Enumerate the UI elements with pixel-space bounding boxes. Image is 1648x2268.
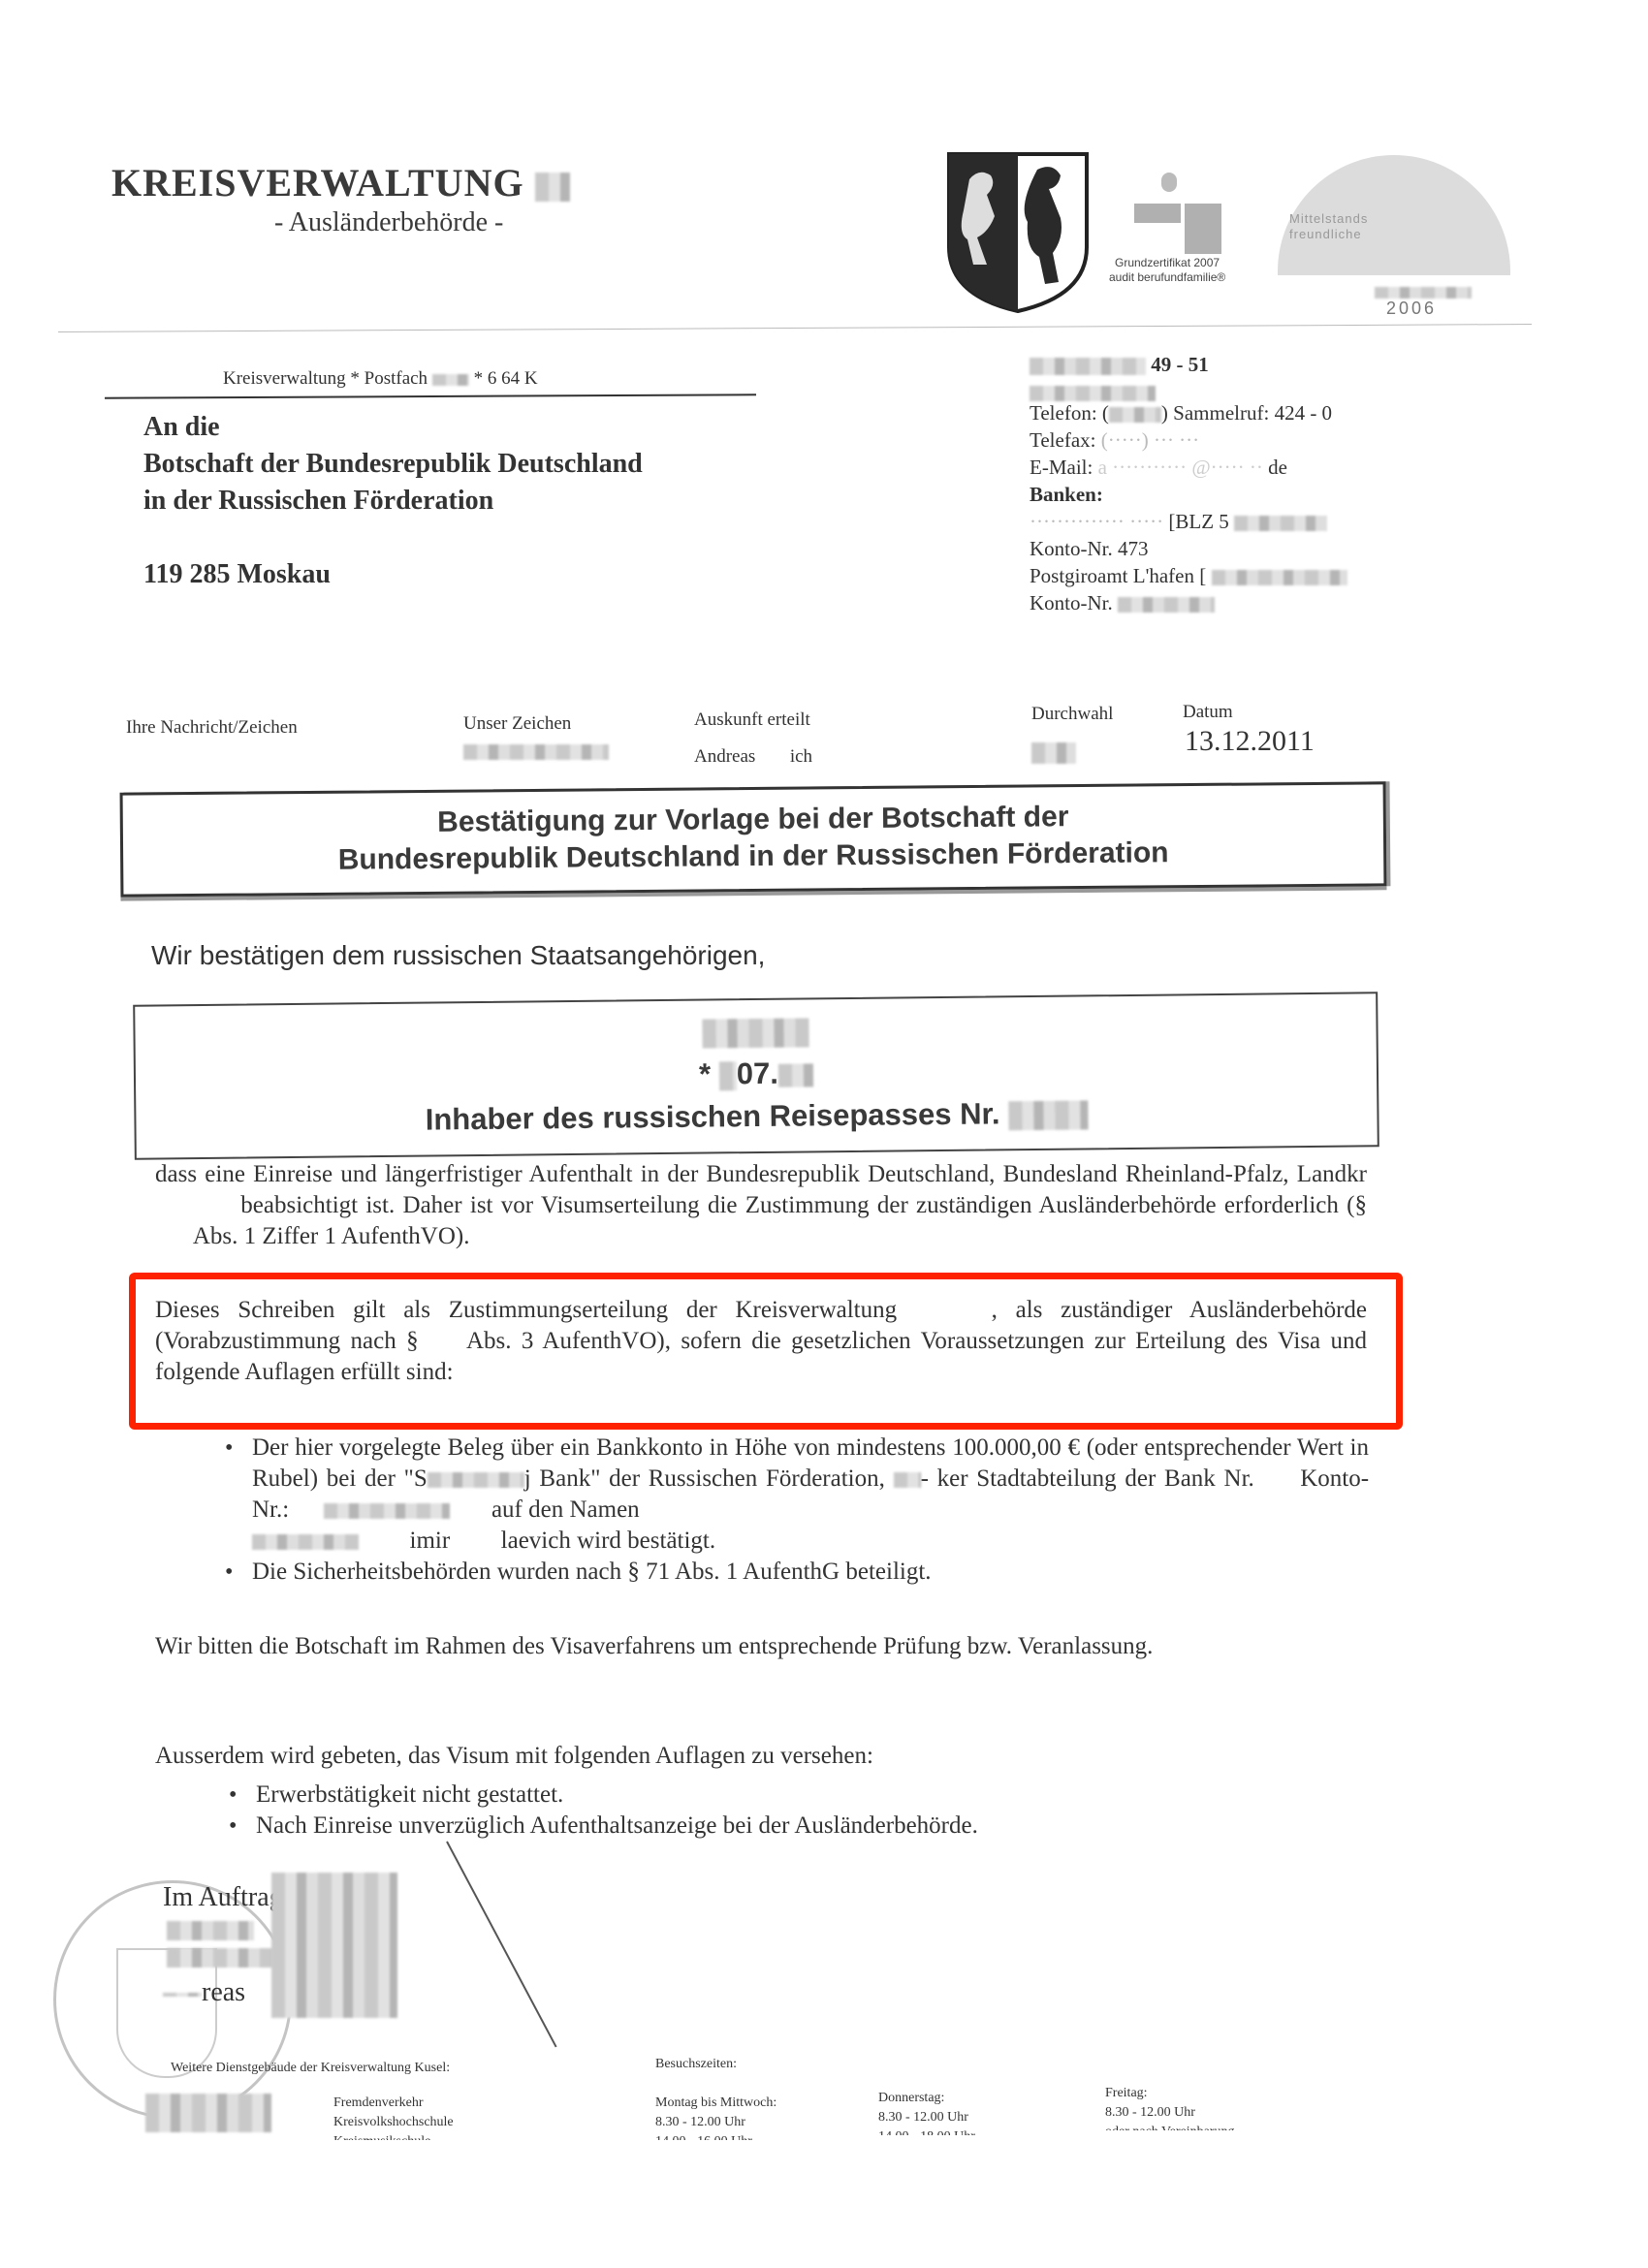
redacted-signature-block: [271, 1873, 397, 2018]
recipient-line3: in der Russischen Förderation: [143, 483, 643, 520]
ref-ihre-label: Ihre Nachricht/Zeichen: [126, 717, 298, 739]
redacted-person-name: [702, 1018, 808, 1048]
ref-durchwahl-label: Durchwahl: [1031, 704, 1113, 725]
redacted-dob-day: [719, 1061, 737, 1090]
redacted-unser-zeichen: [463, 744, 609, 760]
konto1-row: Konto-Nr. 473: [1030, 535, 1437, 562]
dob-month: 07.: [737, 1056, 778, 1090]
telefax-row: Telefax: (·····) ··· ···: [1030, 426, 1437, 454]
konto2-row: Konto-Nr.: [1030, 589, 1437, 616]
sender-line: Kreisverwaltung * Postfach * 6 64 K: [223, 368, 538, 390]
auflagen-list: Erwerbstätigkeit nicht gestattet. Nach E…: [229, 1780, 1295, 1842]
bank1-name-faded: ·············· ·····: [1030, 510, 1163, 533]
email-suffix: de: [1268, 456, 1287, 479]
mo-mi-hours2: 14.00 - 16.00 Uhr: [655, 2132, 776, 2140]
paragraph1-part3: Abs. 1 Ziffer 1 AufenthVO).: [193, 1223, 470, 1249]
mittelstand-logo: Mittelstands freundliche 2006: [1278, 145, 1530, 320]
ref-datum-label: Datum: [1183, 702, 1233, 723]
email-row: E-Mail: a ··········· @····· ·· de: [1030, 454, 1437, 481]
contact-block: 49 - 51 Telefon: () Sammelruf: 424 - 0 T…: [1030, 351, 1437, 616]
redacted-konto-nr: [324, 1503, 450, 1519]
redacted-footer-address: [145, 2094, 271, 2132]
redacted-city-part: [894, 1472, 921, 1488]
audit-berufundfamilie-logo: Grundzertifikat 2007 audit berufundfamil…: [1105, 155, 1241, 291]
signatory-name-fragment: reas: [202, 1977, 245, 2007]
recipient-address: An die Botschaft der Bundesrepublik Deut…: [143, 409, 643, 593]
banken-label: Banken:: [1030, 481, 1437, 508]
consent-part1: Dieses Schreiben gilt als Zustimmungsert…: [155, 1297, 897, 1323]
conditions-list: Der hier vorgelegte Beleg über ein Bankk…: [225, 1433, 1369, 1588]
confirmation-banner: Bestätigung zur Vorlage bei der Botschaf…: [120, 781, 1387, 897]
passport-label: Inhaber des russischen Reisepasses Nr.: [426, 1096, 1000, 1136]
condition1-e: auf den Namen: [491, 1496, 640, 1523]
condition-security-check: Die Sicherheitsbehörden wurden nach § 71…: [252, 1557, 1369, 1588]
redacted-postfach: [432, 374, 469, 386]
paragraph-request: Wir bitten die Botschaft im Rahmen des V…: [155, 1628, 1367, 1665]
redacted-city: [1030, 386, 1156, 401]
redacted-org-name: [535, 173, 570, 202]
street-number: 49 - 51: [1151, 353, 1209, 376]
ref-unser-label: Unser Zeichen: [463, 713, 571, 735]
recipient-line1: An die: [143, 409, 643, 446]
telefax-value-faded: (·····) ··· ···: [1101, 428, 1199, 452]
redacted-area-code: [1109, 407, 1161, 423]
redacted-durchwahl: [1031, 742, 1076, 764]
fr-hours1: 8.30 - 12.00 Uhr: [1105, 2103, 1234, 2123]
auflage-item: Nach Einreise unverzüglich Aufenthaltsan…: [256, 1811, 1295, 1842]
do-label: Donnerstag:: [878, 2089, 975, 2108]
do-hours2: 14.00 - 18.00 Uhr: [878, 2127, 975, 2135]
footer-dept3: Kreismusikschule: [333, 2132, 454, 2140]
footer-besuch-label: Besuchszeiten:: [655, 2055, 737, 2074]
konto2-label: Konto-Nr.: [1030, 591, 1113, 614]
im-auftrag-label: Im Auftrag: [163, 1882, 283, 1913]
sender-line-suffix: * 6 64 K: [474, 368, 538, 389]
ref-auskunft-value: Andreas ich: [694, 746, 812, 768]
recipient-line2: Botschaft der Bundesrepublik Deutschland: [143, 446, 643, 483]
signatory-name: reas: [163, 1977, 245, 2008]
person-box: * 07. Inhaber des russischen Reisepasses…: [133, 992, 1379, 1159]
mittelstand-line1: Mittelstands: [1289, 211, 1368, 226]
coat-of-arms-icon: [945, 150, 1091, 315]
redacted-bank-name: [428, 1472, 524, 1488]
footer-departments: Fremdenverkehr Kreisvolkshochschule Krei…: [333, 2094, 454, 2140]
do-hours1: 8.30 - 12.00 Uhr: [878, 2108, 975, 2127]
fr-hours2: oder nach Vereinbarung: [1105, 2123, 1234, 2130]
org-subtitle: - Ausländerbehörde -: [274, 207, 654, 238]
auskunft-first-name: Andreas: [694, 746, 755, 767]
auflage-item: Erwerbstätigkeit nicht gestattet.: [256, 1780, 1295, 1811]
audit-label-line1: Grundzertifikat 2007: [1115, 256, 1220, 269]
telefon-value: Sammelruf: 424 - 0: [1173, 401, 1332, 425]
redacted-signatory-first: [163, 1993, 202, 1997]
footer-dept2: Kreisvolkshochschule: [333, 2113, 454, 2132]
paragraph-consent: Dieses Schreiben gilt als Zustimmungsert…: [155, 1295, 1367, 1388]
mo-mi-label: Montag bis Mittwoch:: [655, 2094, 776, 2113]
ref-auskunft-label: Auskunft erteilt: [694, 709, 810, 731]
auflagen-intro: Ausserdem wird gebeten, das Visum mit fo…: [155, 1741, 873, 1772]
audit-label-line2: audit berufundfamilie®: [1109, 270, 1225, 284]
footer-mo-mi: Montag bis Mittwoch: 8.30 - 12.00 Uhr 14…: [655, 2094, 776, 2140]
email-label: E-Mail:: [1030, 456, 1093, 479]
org-title: KREISVERWALTUNG: [111, 160, 654, 205]
audit-bar-left-icon: [1134, 204, 1181, 223]
redacted-signature-2: [167, 1948, 283, 1968]
redacted-dob-year: [778, 1063, 813, 1087]
address-street: 49 - 51: [1030, 351, 1437, 378]
auskunft-last-name: ich: [790, 746, 812, 767]
intro-text: Wir bestätigen dem russischen Staatsange…: [151, 940, 765, 971]
recipient-city: 119 285 Moskau: [143, 556, 643, 593]
condition1-g: laevich wird bestätigt.: [501, 1528, 715, 1554]
paragraph1-part1: dass eine Einreise und längerfristiger A…: [155, 1161, 1367, 1187]
footer-do: Donnerstag: 8.30 - 12.00 Uhr 14.00 - 18.…: [878, 2089, 975, 2135]
audit-bar-right-icon: [1185, 204, 1221, 254]
address-city: [1030, 378, 1437, 399]
ref-datum-value: 13.12.2011: [1185, 725, 1315, 758]
letterhead: KREISVERWALTUNG - Ausländerbehörde -: [111, 160, 654, 238]
telefon-label: Telefon:: [1030, 401, 1097, 425]
mittelstand-year: 2006: [1386, 299, 1437, 319]
footer-weitere-label: Weitere Dienstgebäude der Kreisverwaltun…: [171, 2059, 450, 2078]
mo-mi-hours1: 8.30 - 12.00 Uhr: [655, 2113, 776, 2132]
signature-stroke: [446, 1842, 556, 2048]
condition-bank-proof: Der hier vorgelegte Beleg über ein Bankk…: [252, 1433, 1369, 1557]
header-divider: [58, 324, 1532, 332]
footer-dept1: Fremdenverkehr: [333, 2094, 454, 2113]
redacted-signature-1: [167, 1921, 254, 1940]
redacted-mittelstand-text: [1375, 287, 1472, 299]
sender-line-prefix: Kreisverwaltung * Postfach: [223, 368, 428, 389]
footer-fr: Freitag: 8.30 - 12.00 Uhr oder nach Vere…: [1105, 2084, 1234, 2130]
redacted-street: [1030, 358, 1146, 375]
paragraph-intent: dass eine Einreise und längerfristiger A…: [155, 1159, 1367, 1252]
redacted-bank2: [1212, 570, 1347, 585]
dob-prefix: *: [699, 1056, 711, 1090]
redacted-passport-number: [1008, 1100, 1088, 1130]
condition1-f: imir: [410, 1528, 451, 1554]
telefax-label: Telefax:: [1030, 428, 1096, 452]
org-title-text: KREISVERWALTUNG: [111, 161, 524, 205]
telefon-row: Telefon: () Sammelruf: 424 - 0: [1030, 399, 1437, 426]
condition1-b: j Bank" der Russischen Förderation,: [524, 1465, 885, 1492]
paragraph1-part2: beabsichtigt ist. Daher ist vor Visumser…: [240, 1192, 1367, 1218]
redacted-account-holder: [252, 1534, 359, 1550]
redacted-blz: [1234, 516, 1327, 531]
bank1-blz: [BLZ 5: [1168, 510, 1228, 533]
mittelstand-line2: freundliche: [1289, 227, 1362, 241]
sender-rule: [105, 394, 756, 399]
email-value-faded: a ··········· @····· ··: [1098, 456, 1263, 479]
condition1-c: ker Stadtabteilung der Bank Nr.: [937, 1465, 1254, 1492]
audit-dot-icon: [1161, 173, 1177, 192]
bank1-row: ·············· ····· [BLZ 5: [1030, 508, 1437, 535]
bank2-name: Postgiroamt L'hafen [: [1030, 564, 1206, 587]
fr-label: Freitag:: [1105, 2084, 1234, 2103]
bank2-row: Postgiroamt L'hafen [: [1030, 562, 1437, 589]
redacted-konto2: [1118, 597, 1215, 613]
